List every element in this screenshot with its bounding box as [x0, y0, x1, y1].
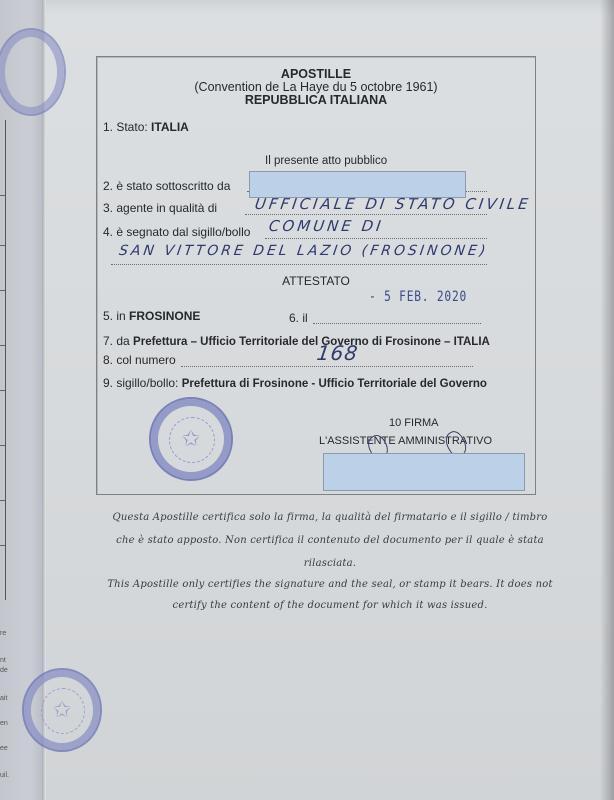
capacity-handwritten: UFFICIALE DI STATO CIVILE — [254, 195, 532, 213]
public-act-label: Il presente atto pubblico — [265, 155, 387, 167]
disclaimer-en-2: certify the content of the document for … — [46, 600, 614, 611]
previous-page-text: en — [0, 720, 8, 727]
field-2-label: 2. è stato sottoscritto da — [103, 179, 230, 193]
seal-authority-handwritten-2: SAN VITTORE DEL LAZIO (FROSINONE) — [118, 243, 489, 259]
apostille-form: APOSTILLE (Convention de La Haye du 5 oc… — [96, 56, 536, 495]
disclaimer-it-3: rilasciata. — [46, 558, 614, 569]
field-7: 7. da Prefettura – Ufficio Territoriale … — [103, 334, 490, 348]
previous-page-text: uil. — [0, 772, 9, 779]
disclaimer-it-1: Questa Apostille certifica solo la firma… — [46, 512, 614, 523]
convention-subtitle: (Convention de La Haye du 5 octobre 1961… — [97, 80, 535, 94]
field-4-label: 4. è segnato dal sigillo/bollo — [103, 225, 250, 239]
seal-authority-handwritten-1: COMUNE DI — [268, 217, 385, 235]
field-9: 9. sigillo/bollo: Prefettura di Frosinon… — [103, 376, 487, 390]
previous-page-text: re — [0, 630, 6, 637]
field-3-label: 3. agente in qualità di — [103, 201, 217, 215]
state-value: ITALIA — [151, 120, 189, 134]
previous-page-text: ait — [0, 695, 7, 702]
issuer-value: Prefettura – Ufficio Territoriale del Go… — [133, 336, 490, 348]
previous-page-text: de — [0, 667, 8, 674]
date-stamp: - 5 FEB. 2020 — [369, 289, 467, 305]
field-1: 1. Stato: ITALIA — [103, 120, 189, 134]
field-5: 5. in FROSINONE — [103, 309, 200, 323]
disclaimer-it-2: che è stato apposto. Non certifica il co… — [46, 535, 614, 546]
seal-value: Prefettura di Frosinone - Ufficio Territ… — [182, 378, 487, 390]
number-handwritten: 168 — [315, 341, 360, 365]
previous-page-text: ee — [0, 745, 8, 752]
field-6-label: 6. il — [289, 311, 308, 325]
attested-label: ATTESTATO — [97, 274, 535, 288]
apostille-title: APOSTILLE — [97, 67, 535, 81]
signer-redacted — [249, 171, 466, 198]
country-header: REPUBBLICA ITALIANA — [97, 93, 535, 107]
previous-page-table-edge — [0, 120, 6, 600]
field-10-label: 10 FIRMA — [389, 417, 439, 429]
partial-seal-bottom: ✩ — [22, 668, 102, 752]
prefecture-seal: ✩ — [149, 397, 233, 481]
disclaimer-en-1: This Apostille only certifies the signat… — [46, 579, 614, 590]
previous-page-text: nt — [0, 657, 6, 664]
place-value: FROSINONE — [129, 309, 200, 323]
signature-redacted — [323, 453, 525, 491]
field-8-label: 8. col numero — [103, 353, 176, 367]
